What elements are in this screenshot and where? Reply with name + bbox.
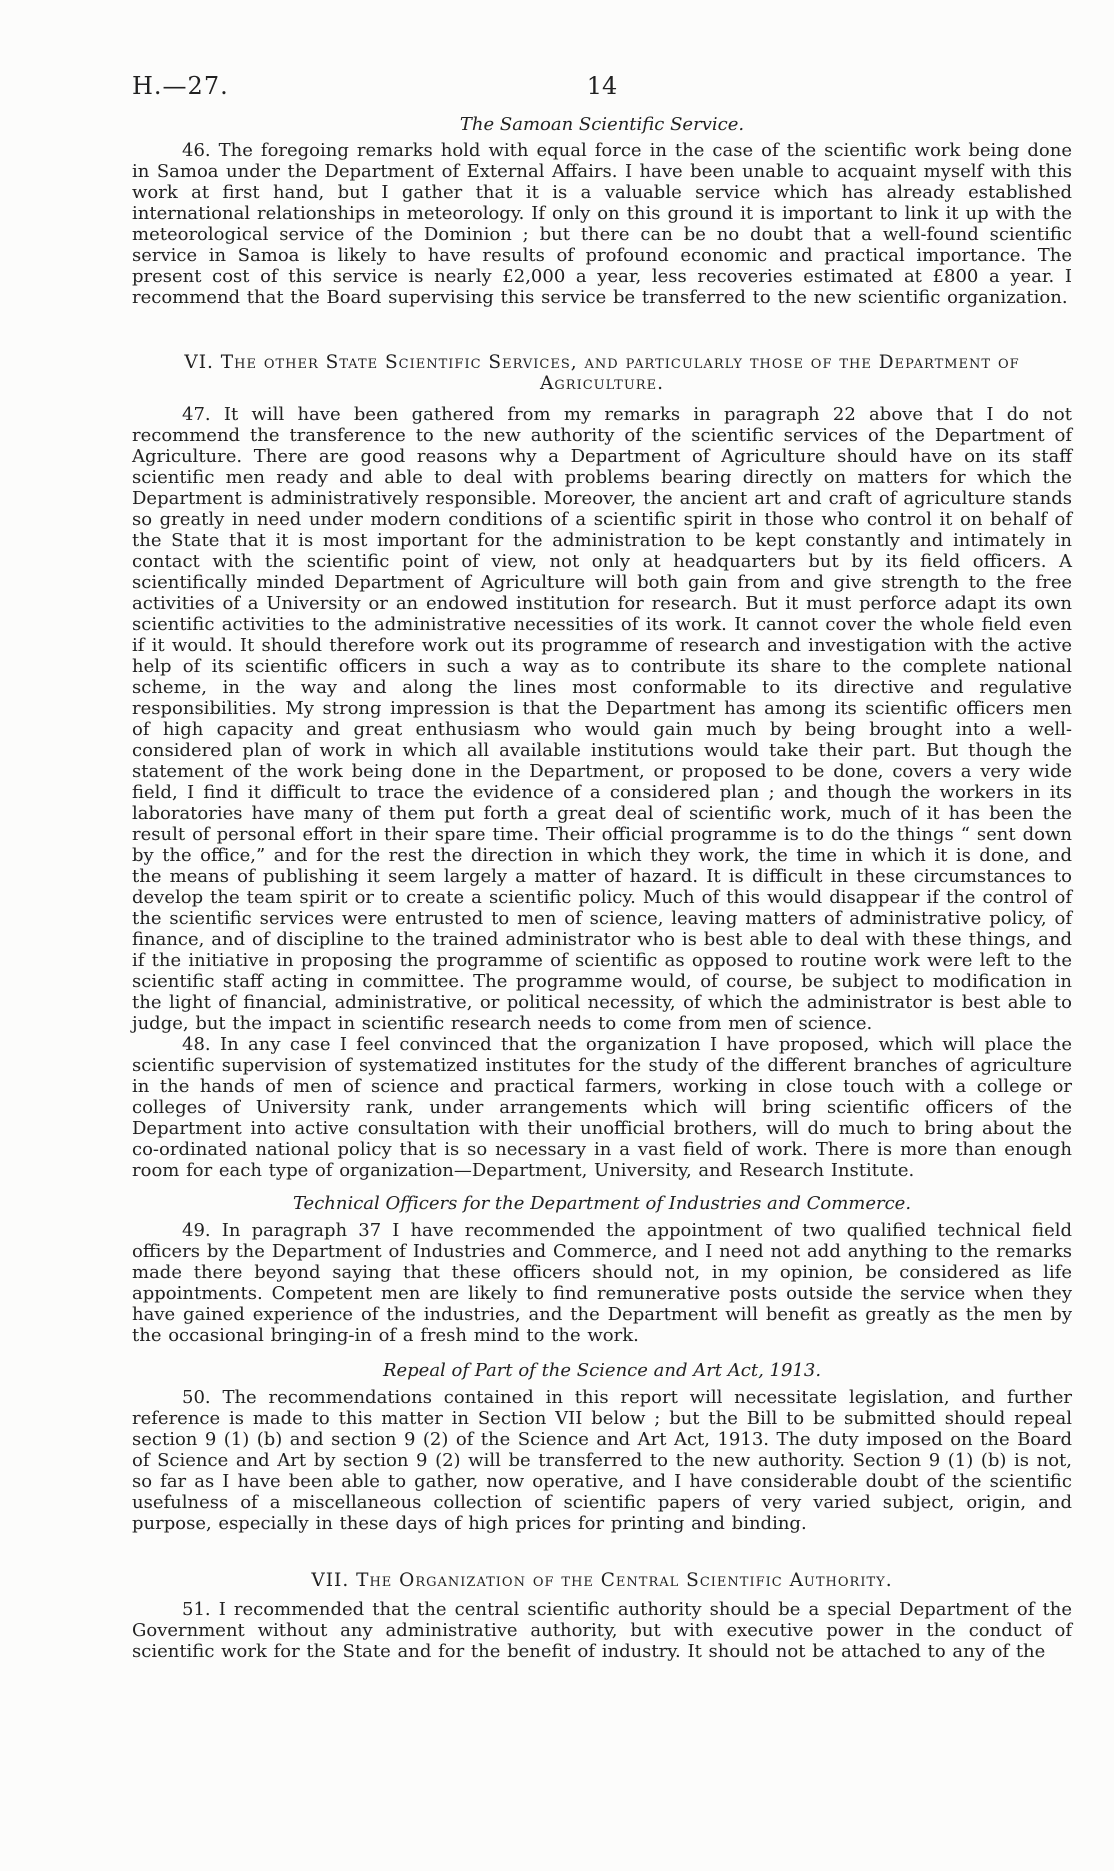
heading-repeal-science-art-act: Repeal of Part of the Science and Art Ac…	[132, 1360, 1072, 1381]
paragraph-48: 48. In any case I feel convinced that th…	[132, 1034, 1072, 1181]
heading-section-vii: VII. The Organization of the Central Sci…	[132, 1570, 1072, 1591]
paragraph-50: 50. The recommendations contained in thi…	[132, 1387, 1072, 1534]
page-number: 14	[132, 72, 1072, 100]
paragraph-46: 46. The foregoing remarks hold with equa…	[132, 140, 1072, 308]
page-body: The Samoan Scientific Service. 46. The f…	[132, 114, 1072, 1662]
document-page: H.—27. 14 The Samoan Scientific Service.…	[0, 0, 1114, 1871]
heading-samoan-scientific-service: The Samoan Scientific Service.	[132, 114, 1072, 135]
paragraph-49: 49. In paragraph 37 I have recommended t…	[132, 1220, 1072, 1346]
heading-technical-officers: Technical Officers for the Department of…	[132, 1193, 1072, 1214]
paragraph-47: 47. It will have been gathered from my r…	[132, 404, 1072, 1034]
paragraph-51: 51. I recommended that the central scien…	[132, 1599, 1072, 1662]
heading-section-vi: VI. The other State Scientific Services,…	[132, 352, 1072, 394]
